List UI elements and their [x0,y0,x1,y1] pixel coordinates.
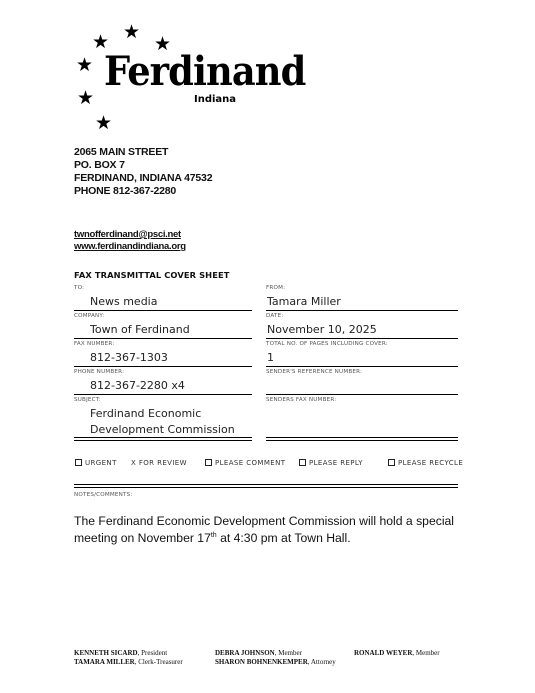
checkbox-please-comment[interactable]: PLEASE COMMENT [205,459,285,467]
official-title: , Clerk-Treasurer [135,658,183,666]
field-label: SENDER'S REFERENCE NUMBER: [266,369,362,375]
field-label: SENDERS FAX NUMBER: [266,397,336,403]
footer-column: KENNETH SICARD, President TAMARA MILLER,… [74,649,183,666]
official: SHARON BOHNENKEMPER, Attorney [215,658,336,667]
address-line: 2065 MAIN STREET [74,146,212,159]
field-label: DATE: [266,313,283,319]
field-fax-number: FAX NUMBER: 812-367-1303 [74,340,252,367]
check-mark-icon[interactable]: X [131,459,136,467]
checkbox-label: PLEASE RECYCLE [398,459,463,467]
checkbox-icon[interactable] [299,459,306,466]
official-name: TAMARA MILLER [74,658,135,666]
field-value[interactable]: 812-367-1303 [90,350,168,366]
checkbox-label: FOR REVIEW [139,459,187,467]
notes-label: NOTES/COMMENTS: [74,492,133,498]
official-name: RONALD WEYER [354,649,412,657]
checkbox-for-review[interactable]: X FOR REVIEW [131,459,187,467]
logo-subtitle: Indiana [194,94,236,105]
official-name: KENNETH SICARD [74,649,138,657]
field-company: COMPANY: Town of Ferdinand [74,312,252,339]
checkbox-icon[interactable] [205,459,212,466]
field-date: DATE: November 10, 2025 [266,312,458,339]
official-title: , Member [412,649,439,657]
double-divider [74,484,458,488]
field-label: FROM: [266,285,285,291]
field-value[interactable]: Town of Ferdinand [90,322,190,338]
logo-title: Ferdinand [104,52,305,92]
field-label: TO: [74,285,84,291]
checkbox-icon[interactable] [388,459,395,466]
official: DEBRA JOHNSON, Member [215,649,336,658]
official: RONALD WEYER, Member [354,649,440,658]
field-label: PHONE NUMBER: [74,369,124,375]
checkbox-label: PLEASE REPLY [309,459,363,467]
field-to: TO: News media [74,284,252,311]
official-name: SHARON BOHNENKEMPER [215,658,308,666]
field-total-pages: TOTAL NO. OF PAGES INCLUDING COVER: 1 [266,340,458,367]
checkbox-label: PLEASE COMMENT [215,459,285,467]
official-name: DEBRA JOHNSON [215,649,275,657]
field-value[interactable]: 1 [267,350,274,366]
double-divider [266,437,458,441]
star-icon: ★ [76,56,93,75]
official: TAMARA MILLER, Clerk-Treasurer [74,658,183,667]
address-block: 2065 MAIN STREET PO. BOX 7 FERDINAND, IN… [74,146,212,198]
field-senders-fax: SENDERS FAX NUMBER: [266,396,458,437]
star-icon: ★ [95,114,112,133]
field-value-line[interactable]: Development Commission [90,422,235,438]
field-value[interactable]: November 10, 2025 [267,322,377,338]
field-phone-number: PHONE NUMBER: 812-367-2280 x4 [74,368,252,395]
official-title: , President [138,649,168,657]
star-icon: ★ [123,23,140,42]
form-title: FAX TRANSMITTAL COVER SHEET [74,270,230,280]
star-icon: ★ [77,89,94,108]
contact-links: twnofferdinand@psci.net www.ferdinandind… [74,229,186,253]
notes-text: at 4:30 pm at Town Hall. [217,531,351,545]
checkbox-icon[interactable] [75,459,82,466]
checkbox-label: URGENT [85,459,117,467]
field-value[interactable]: 812-367-2280 x4 [90,378,185,394]
email-link[interactable]: twnofferdinand@psci.net [74,229,186,241]
field-subject: SUBJECT: Ferdinand Economic Development … [74,396,252,437]
address-line: PO. BOX 7 [74,159,212,172]
address-line: PHONE 812-367-2280 [74,185,212,198]
footer-column: DEBRA JOHNSON, Member SHARON BOHNENKEMPE… [215,649,336,666]
field-value-line[interactable]: Ferdinand Economic [90,406,201,422]
footer-column: RONALD WEYER, Member [354,649,440,658]
address-line: FERDINAND, INDIANA 47532 [74,172,212,185]
official-title: , Attorney [308,658,336,666]
official: KENNETH SICARD, President [74,649,183,658]
field-sender-reference: SENDER'S REFERENCE NUMBER: [266,368,458,395]
field-from: FROM: Tamara Miller [266,284,458,311]
field-value[interactable]: Tamara Miller [267,294,341,310]
field-label: SUBJECT: [74,397,101,403]
checkbox-urgent[interactable]: URGENT [75,459,117,467]
website-link[interactable]: www.ferdinandindiana.org [74,241,186,253]
field-label: FAX NUMBER: [74,341,114,347]
field-label: TOTAL NO. OF PAGES INCLUDING COVER: [266,341,388,347]
double-divider [74,437,252,441]
notes-body: The Ferdinand Economic Development Commi… [74,513,474,547]
field-label: COMPANY: [74,313,104,319]
official-title: , Member [275,649,302,657]
field-value[interactable]: News media [90,294,157,310]
checkbox-please-reply[interactable]: PLEASE REPLY [299,459,363,467]
checkbox-please-recycle[interactable]: PLEASE RECYCLE [388,459,463,467]
